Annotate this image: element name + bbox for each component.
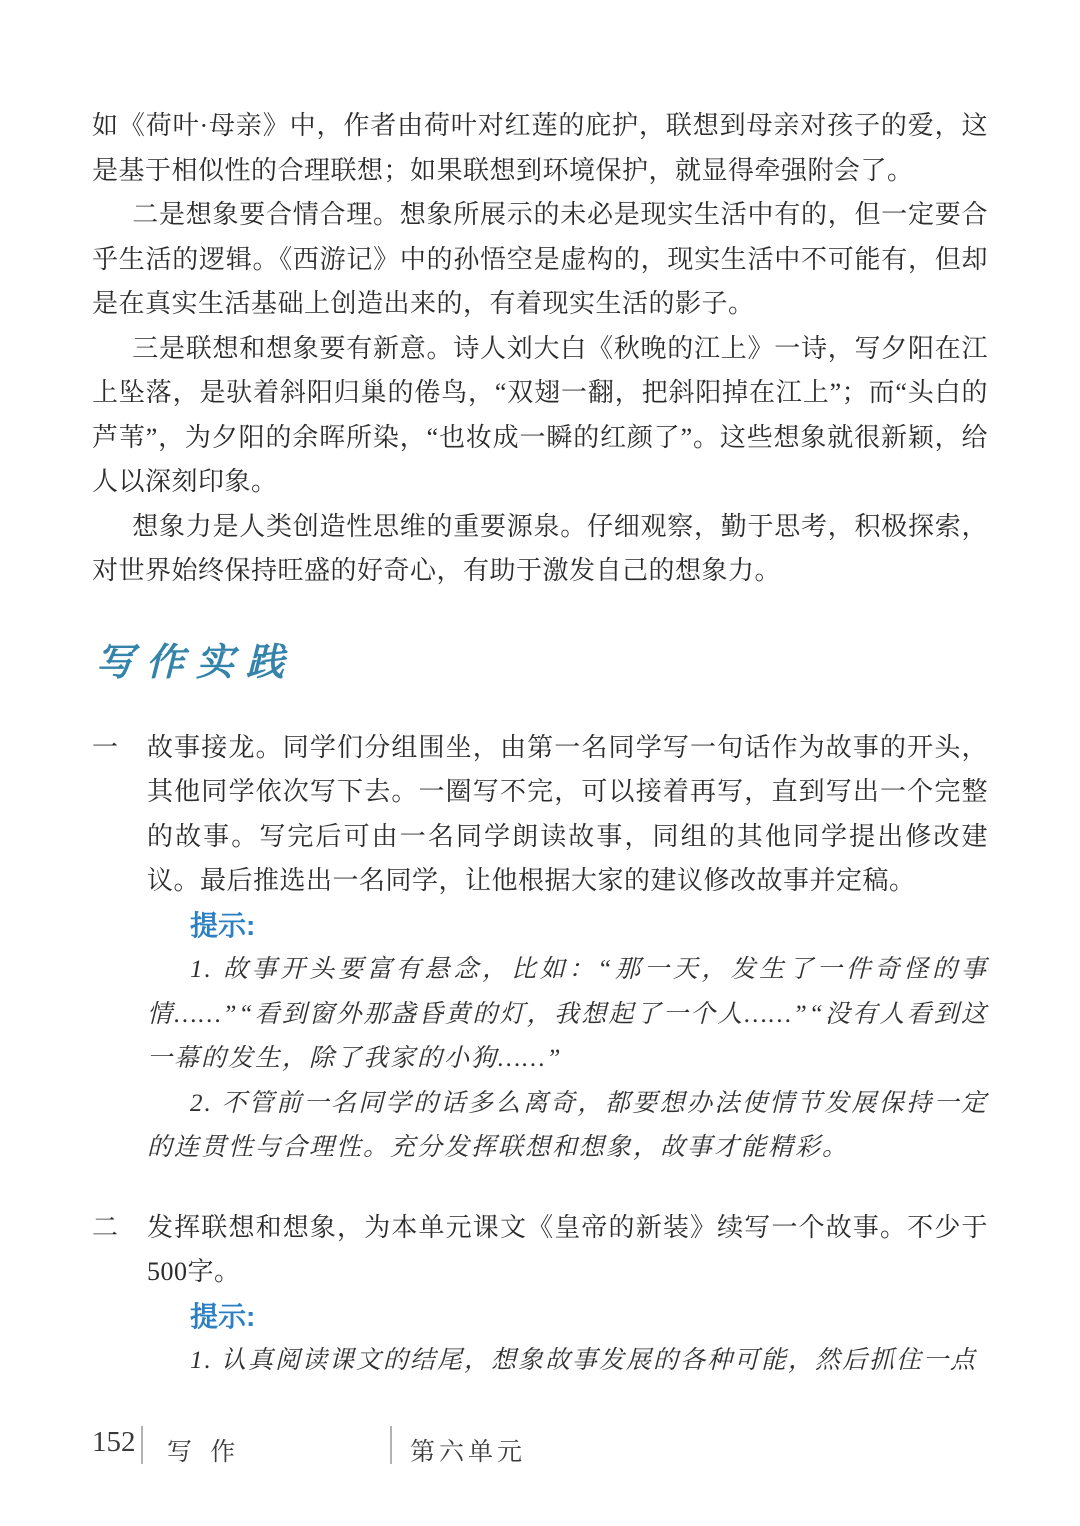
intro-paragraph-2: 二是想象要合情合理。想象所展示的未必是现实生活中有的，但一定要合乎生活的逻辑。《… [92, 193, 988, 327]
task-2-text: 发挥联想和想象，为本单元课文《皇帝的新装》续写一个故事。不少于500字。 [147, 1206, 988, 1295]
task-1-hint-2: 2. 不管前一名同学的话多么离奇，都要想办法使情节发展保持一定的连贯性与合理性。… [147, 1082, 988, 1171]
intro-paragraph-1: 如《荷叶·母亲》中，作者由荷叶对红莲的庇护，联想到母亲对孩子的爱，这是基于相似性… [92, 104, 988, 193]
intro-paragraph-4: 想象力是人类创造性思维的重要源泉。仔细观察，勤于思考，积极探索，对世界始终保持旺… [92, 505, 988, 594]
task-1-number: 一 [92, 726, 147, 1171]
section-heading: 写作实践 [96, 638, 988, 688]
task-1-hint-label: 提示: [190, 904, 988, 949]
task-item-2: 二 发挥联想和想象，为本单元课文《皇帝的新装》续写一个故事。不少于500字。 提… [92, 1206, 988, 1384]
task-1-hint-1: 1. 故事开头要富有悬念，比如：“那一天，发生了一件奇怪的事情……”“看到窗外那… [147, 948, 988, 1082]
page-number: 152 [92, 1426, 136, 1459]
task-2-number: 二 [92, 1206, 147, 1384]
page-footer: 152 写 作 第六单元 [0, 1424, 1080, 1468]
footer-unit-label: 第六单元 [410, 1432, 526, 1468]
task-1-body: 故事接龙。同学们分组围坐，由第一名同学写一句话作为故事的开头，其他同学依次写下去… [147, 726, 988, 1171]
footer-divider-center [390, 1426, 392, 1464]
task-2-hint-label: 提示: [190, 1295, 988, 1340]
task-2-hint-1: 1. 认真阅读课文的结尾，想象故事发展的各种可能，然后抓住一点 [147, 1339, 988, 1384]
page-content: 如《荷叶·母亲》中，作者由荷叶对红莲的庇护，联想到母亲对孩子的爱，这是基于相似性… [92, 104, 988, 1384]
task-2-body: 发挥联想和想象，为本单元课文《皇帝的新装》续写一个故事。不少于500字。 提示:… [147, 1206, 988, 1384]
task-item-1: 一 故事接龙。同学们分组围坐，由第一名同学写一句话作为故事的开头，其他同学依次写… [92, 726, 988, 1171]
task-1-text: 故事接龙。同学们分组围坐，由第一名同学写一句话作为故事的开头，其他同学依次写下去… [147, 726, 988, 904]
intro-paragraph-3: 三是联想和想象要有新意。诗人刘大白《秋晚的江上》一诗，写夕阳在江上坠落，是驮着斜… [92, 327, 988, 505]
footer-section-label: 写 作 [167, 1432, 241, 1468]
textbook-page: 如《荷叶·母亲》中，作者由荷叶对红莲的庇护，联想到母亲对孩子的爱，这是基于相似性… [0, 0, 1080, 1526]
footer-divider-left [141, 1426, 143, 1464]
